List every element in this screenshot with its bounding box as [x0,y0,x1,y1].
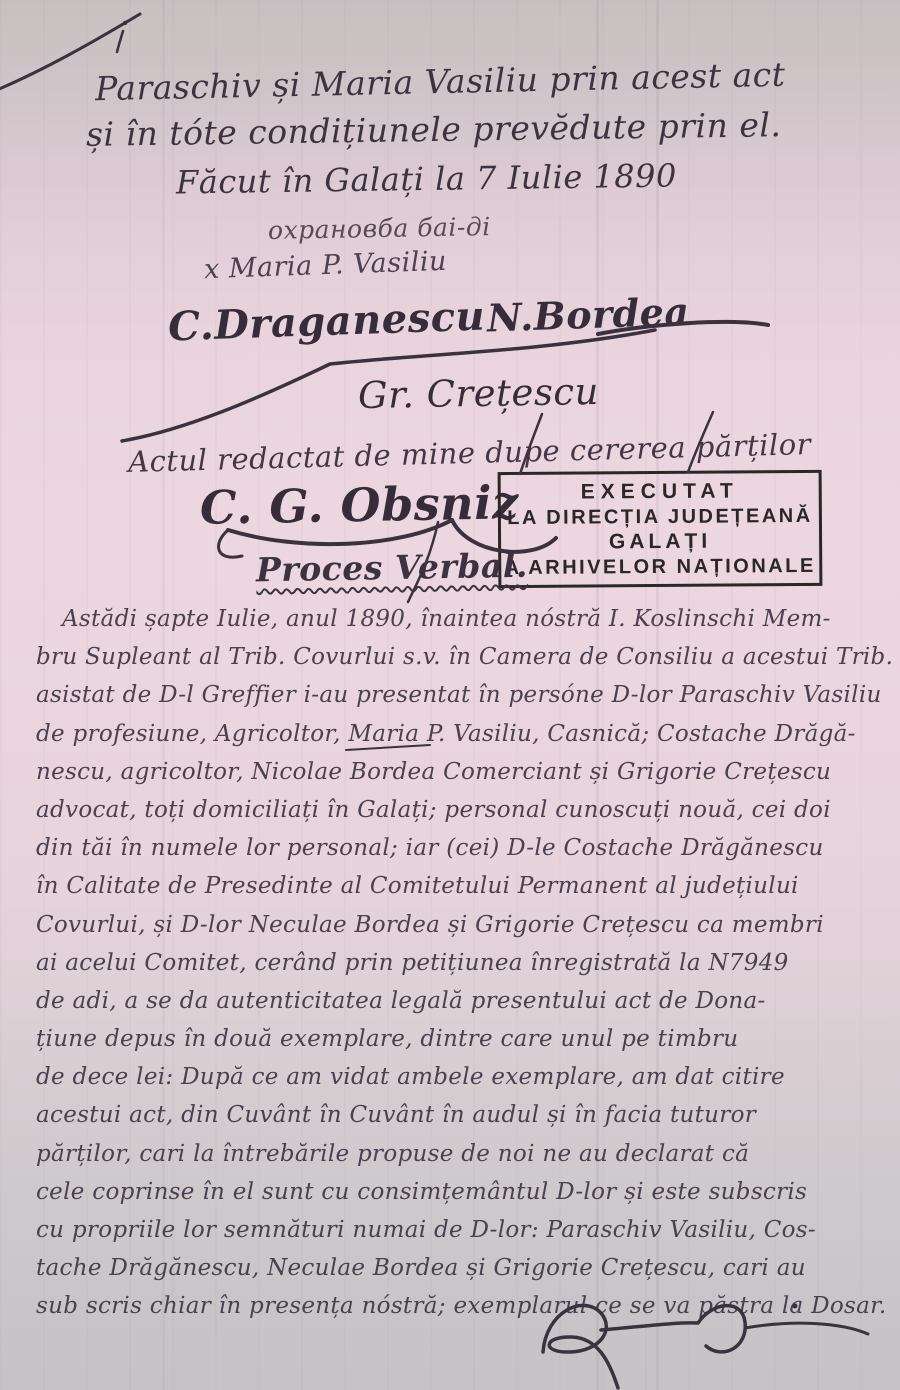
archive-stamp: EXECUTAT LA DIRECȚIA JUDEȚEANĂ GALAȚI A … [498,470,823,588]
closing-line-2: și în tóte condițiunele prevĕdute prin e… [86,105,782,154]
body-line: Astădi șapte Iulie, anul 1890, înaintea … [36,600,886,638]
body-line: ai acelui Comitet, cerând prin petițiune… [36,944,886,982]
section-title-proces-verbal: Proces Verbal. [256,546,528,590]
body-line: cele coprinse în el sunt cu consimțemânt… [36,1173,886,1211]
closing-line-3: Făcut în Galați la 7 Iulie 1890 [176,157,677,202]
stamp-line-1: EXECUTAT [501,478,819,506]
stamp-line-2: LA DIRECȚIA JUDEȚEANĂ [501,503,819,530]
body-line: asistat de D-l Greffier i-au presentat î… [36,676,886,714]
body-line: părților, cari la întrebările propuse de… [36,1135,886,1173]
pen-dot [123,21,127,25]
signature-draganescu: C.Draganescu [167,292,486,350]
body-line: advocat, toți domiciliați în Galați; per… [36,791,886,829]
body-line: cu propriile lor semnături numai de D-lo… [36,1211,886,1249]
body-line: în Calitate de Presedinte al Comitetului… [36,867,886,905]
signature-bordea: N.Bordea [486,288,690,340]
body-line: țiune depus în două exemplare, dintre ca… [36,1020,886,1058]
body-line: de dece lei: După ce am vidat ambele exe… [36,1058,886,1096]
small-pen-tick [117,31,123,52]
body-line: de profesiune, Agricoltor, Maria P. Vasi… [36,715,886,753]
body-line: tache Drăgănescu, Neculae Bordea și Grig… [36,1249,886,1287]
body-line: bru Supleant al Trib. Covurlui s.v. în C… [36,638,886,676]
body-paragraph: Astădi șapte Iulie, anul 1890, înaintea … [36,600,886,1326]
body-line: acestui act, din Cuvânt în Cuvânt în aud… [36,1096,886,1134]
body-line: Covurlui, și D-lor Neculae Bordea și Gri… [36,906,886,944]
body-line: nescu, agricoltor, Nicolae Bordea Comerc… [36,753,886,791]
signature-clerk: C. G. Obsniz [200,475,520,535]
body-line: de adi, a se da autenticitatea legală pr… [36,982,886,1020]
body-line: din tăi în numele lor personal; iar (cei… [36,829,886,867]
scanned-document-page: Paraschiv și Maria Vasiliu prin acest ac… [0,0,900,1390]
body-line: sub scris chiar în presența nóstră; exem… [36,1287,886,1325]
closing-line-1: Paraschiv și Maria Vasiliu prin acest ac… [95,55,786,108]
stamp-line-3: GALAȚI [501,528,819,556]
stamp-line-4: A ARHIVELOR NAȚIONALE [501,553,819,580]
signature-cyrillic-mark: охрановба баі-ді [268,212,491,245]
signature-cretescu: Gr. Crețescu [358,370,600,417]
signature-maria-vasiliu: x Maria P. Vasiliu [204,246,448,285]
